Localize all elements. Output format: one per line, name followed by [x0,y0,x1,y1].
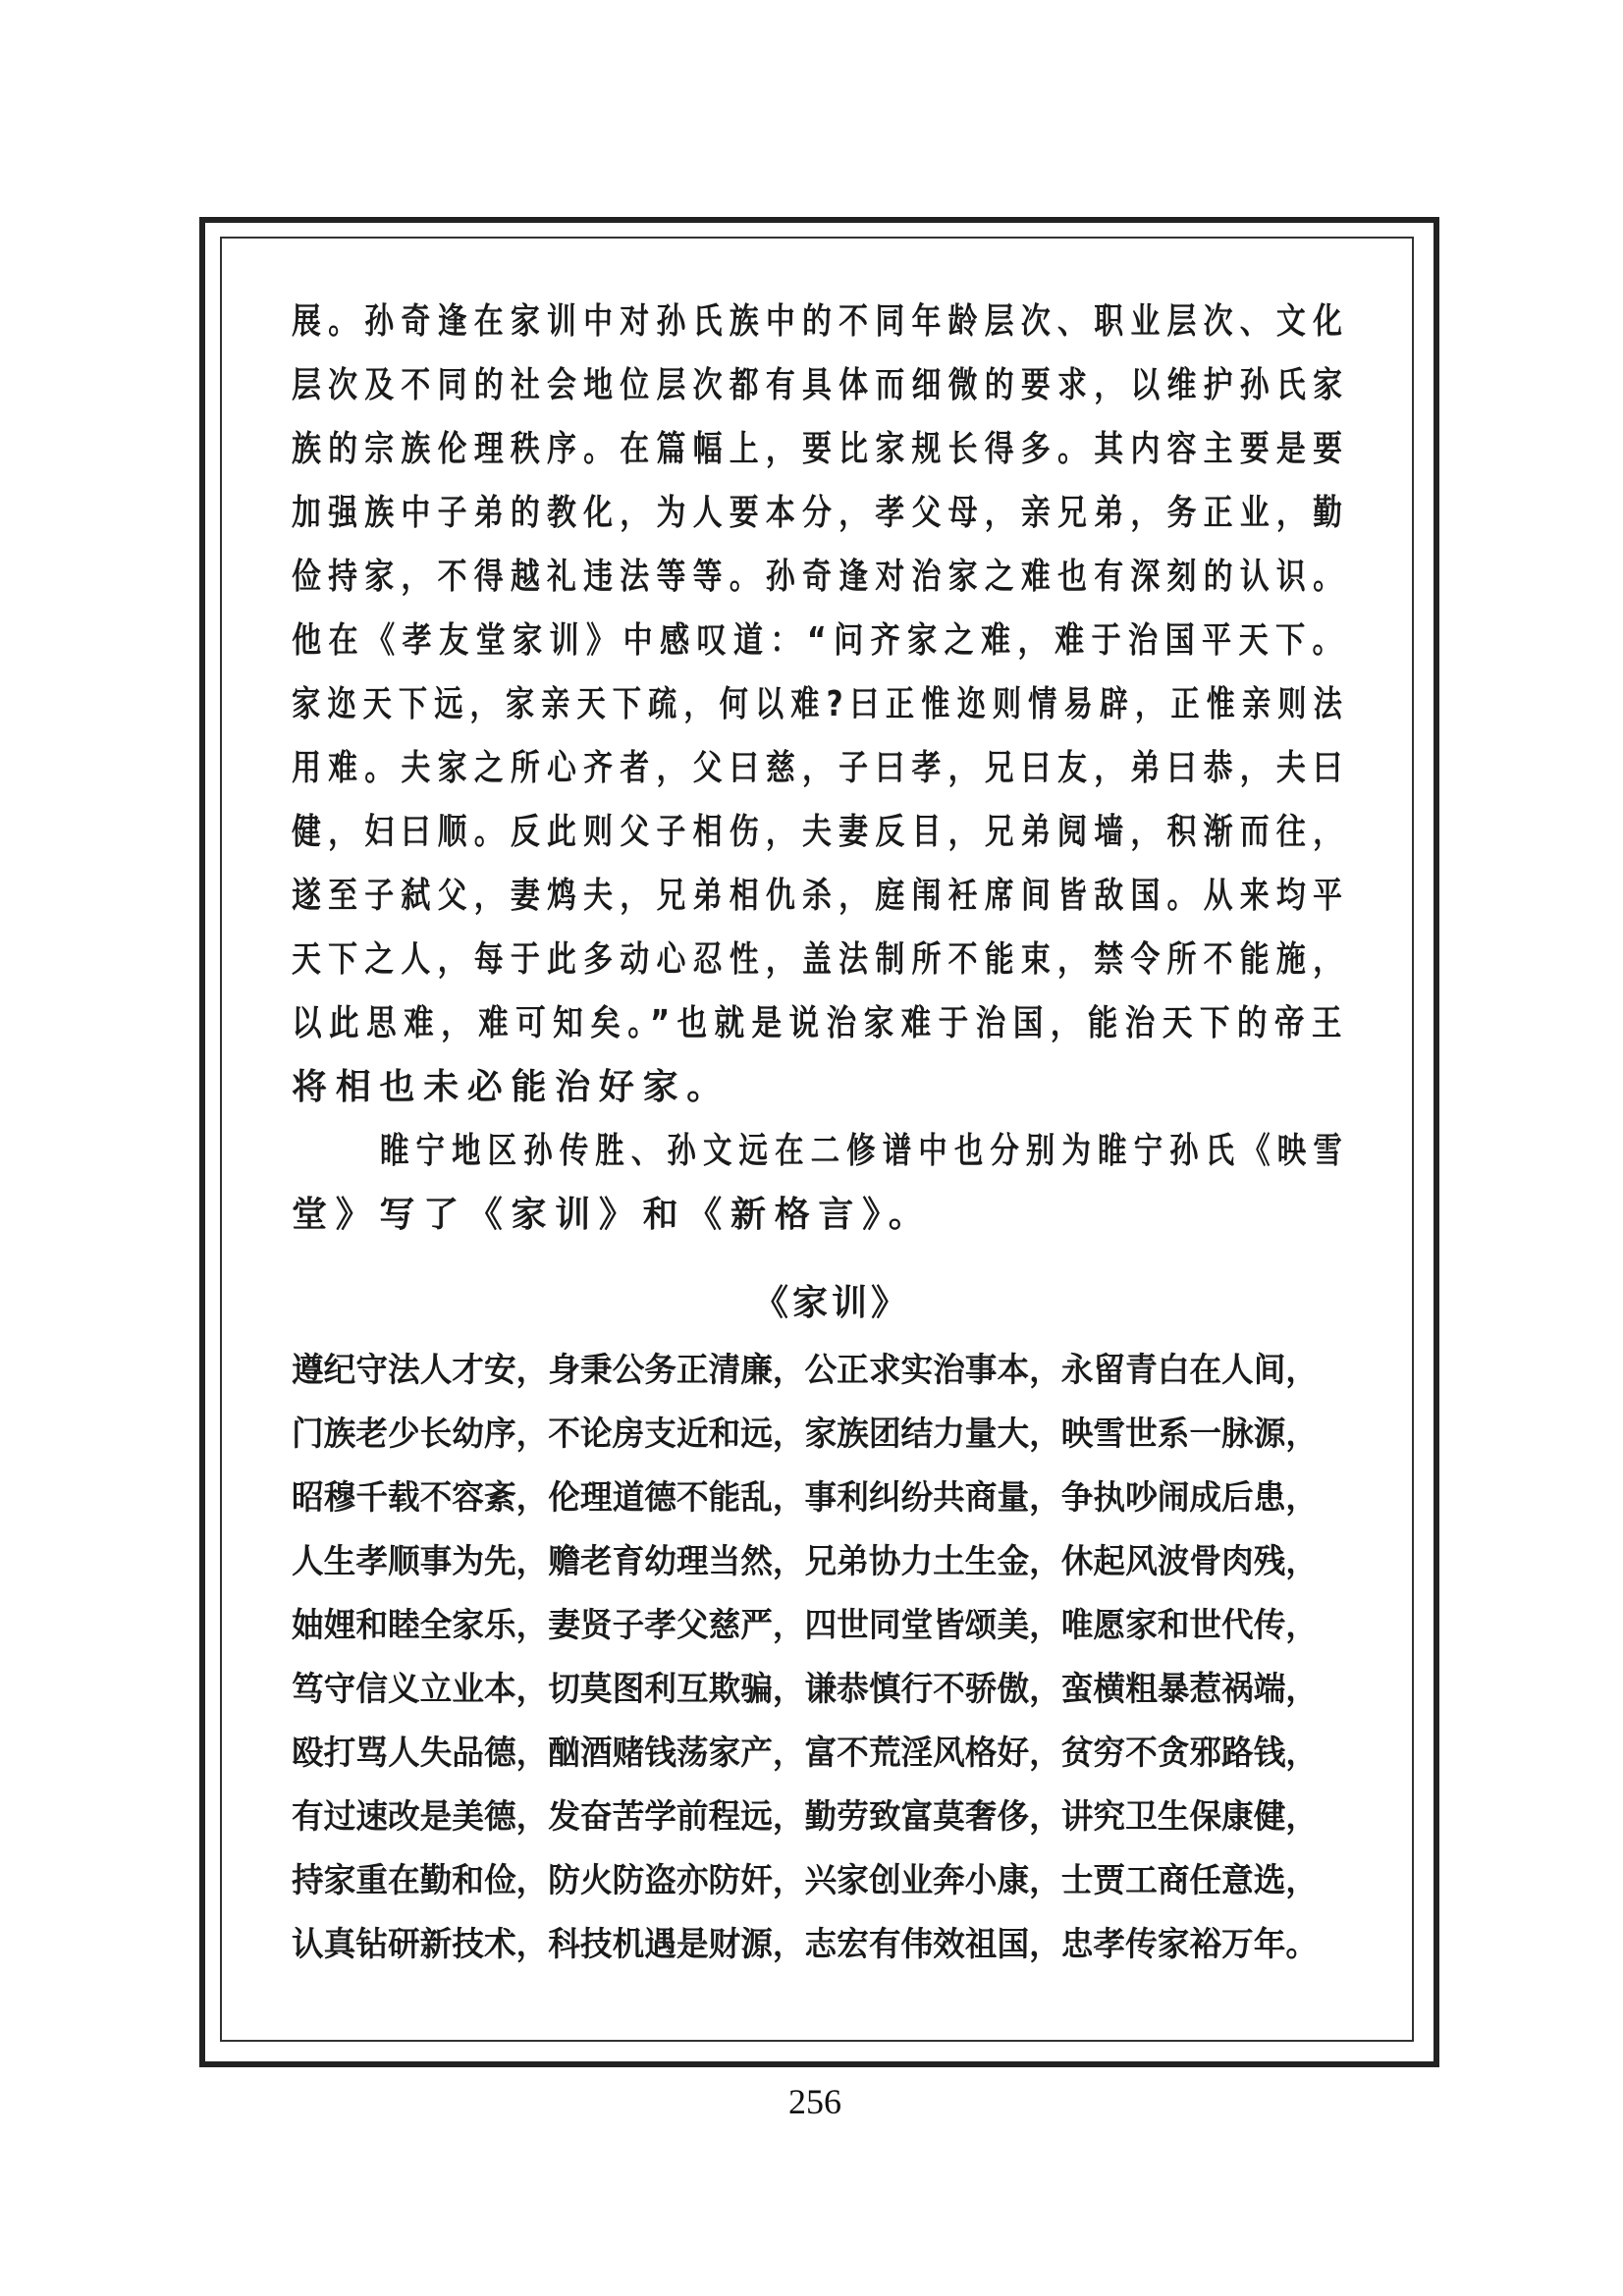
poem-line: 有过速改是美德，发奋苦学前程远，勤劳致富莫奢侈，讲究卫生保康健， [292,1789,1318,1844]
poem-line: 殴打骂人失品德，酗酒赌钱荡家产，富不荒淫风格好，贫穷不贪邪路钱， [292,1726,1318,1781]
paragraph-line: 加强族中子弟的教化，为人要本分，孝父母，亲兄弟，务正业，勤 [292,486,1349,541]
paragraph-line: 展。孙奇逢在家训中对孙氏族中的不同年龄层次、职业层次、文化 [292,294,1349,349]
paragraph-line: 家迩天下远，家亲天下疏，何以难?曰正惟迩则情易辟，正惟亲则法 [292,677,1349,732]
paragraph-line: 俭持家，不得越礼违法等等。孙奇逢对治家之难也有深刻的认识。 [292,550,1349,605]
poem-line: 认真钻研新技术，科技机遇是财源，志宏有伟效祖国，忠孝传家裕万年。 [292,1917,1318,1972]
poem-title: 《家训》 [292,1276,1372,1331]
poem-line: 持家重在勤和俭，防火防盗亦防奸，兴家创业奔小康，士贾工商任意选， [292,1853,1318,1908]
paragraph-line: 族的宗族伦理秩序。在篇幅上，要比家规长得多。其内容主要是要 [292,422,1349,477]
poem-line: 妯娌和睦全家乐，妻贤子孝父慈严，四世同堂皆颂美，唯愿家和世代传， [292,1598,1318,1653]
paragraph-line: 遂至子弑父，妻鸩夫，兄弟相仇杀，庭闱衽席间皆敌国。从来均平 [292,869,1349,924]
page-number: 256 [0,2081,1623,2122]
poem-line: 人生孝顺事为先，赡老育幼理当然，兄弟协力土生金，休起风波骨肉残， [292,1534,1318,1589]
paragraph-line: 他在《孝友堂家训》中感叹道：“问齐家之难，难于治国平天下。 [292,614,1349,668]
paragraph-line: 健，妇曰顺。反此则父子相伤，夫妻反目，兄弟阋墙，积渐而往， [292,805,1349,860]
paragraph-line: 层次及不同的社会地位层次都有具体而细微的要求，以维护孙氏家 [292,358,1349,413]
poem-line: 笃守信义立业本，切莫图利互欺骗，谦恭慎行不骄傲，蛮横粗暴惹祸端， [292,1662,1318,1717]
poem-line: 昭穆千载不容紊，伦理道德不能乱，事利纠纷共商量，争执吵闹成后患， [292,1470,1318,1525]
paragraph-line: 天下之人，每于此多动心忍性，盖法制所不能束，禁令所不能施， [292,933,1349,988]
paragraph-line: 以此思难，难可知矣。”也就是说治家难于治国，能治天下的帝王 [292,996,1349,1051]
paragraph-line: 堂》写了《家训》和《新格言》。 [292,1188,933,1243]
paragraph-line: 用难。夫家之所心齐者，父曰慈，子曰孝，兄曰友，弟曰恭，夫曰 [292,741,1349,796]
poem-line: 门族老少长幼序，不论房支近和远，家族团结力量大，映雪世系一脉源， [292,1407,1318,1462]
paragraph-line-indented: 睢宁地区孙传胜、孙文远在二修谱中也分别为睢宁孙氏《映雪 [380,1124,1349,1179]
paragraph-line: 将相也未必能治好家。 [292,1060,730,1115]
poem-line: 遵纪守法人才安，身秉公务正清廉，公正求实治事本，永留青白在人间， [292,1343,1318,1398]
